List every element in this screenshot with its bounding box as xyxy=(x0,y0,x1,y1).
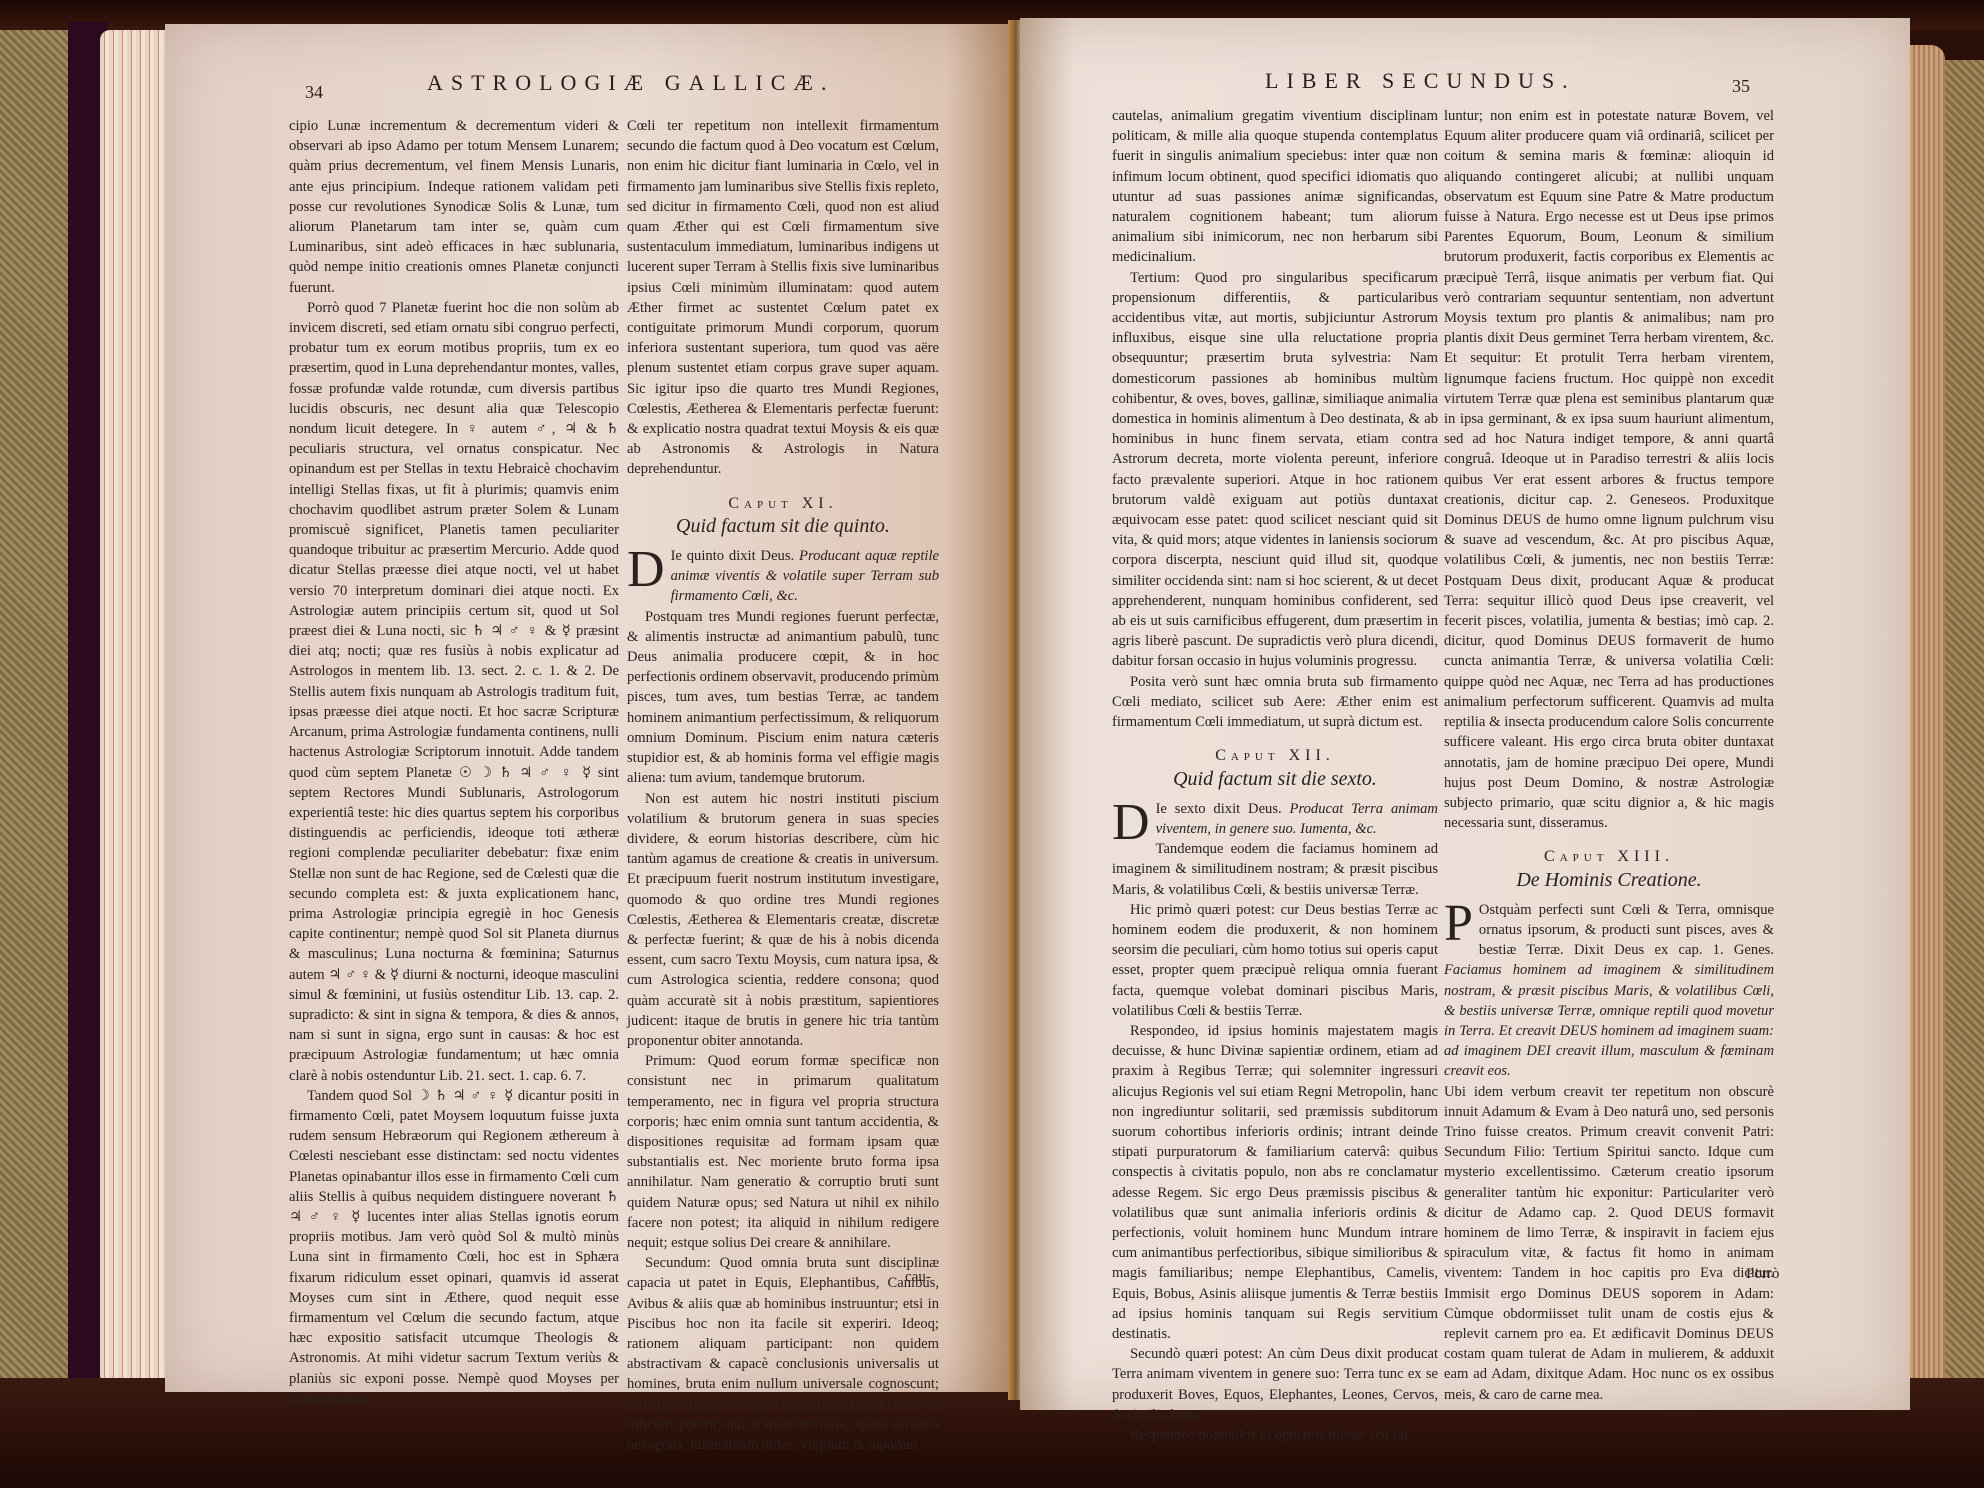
paragraph: Primum: Quod eorum formæ specificæ non c… xyxy=(627,1051,939,1253)
paragraph: Tandem quod Sol ☽ ♄ ♃ ♂ ♀ ☿ dicantur pos… xyxy=(289,1086,619,1409)
paragraph: cipio Lunæ incrementum & decrementum vid… xyxy=(289,116,619,298)
burlap-cloth-left xyxy=(0,30,72,1450)
left-page: 34 ASTROLOGIÆ GALLICÆ. cipio Lunæ increm… xyxy=(165,24,1015,1392)
paragraph: Hic primò quæri potest: cur Deus bestias… xyxy=(1112,900,1438,1021)
chapter-opening: P Ostquàm perfecti sunt Cœli & Terra, om… xyxy=(1444,900,1774,1082)
scripture-quote: Faciamus hominem ad imaginem & similitud… xyxy=(1444,962,1774,1079)
paragraph: Secundum: Quod omnia bruta sunt discipli… xyxy=(627,1253,939,1455)
chapter-label: Caput XII. xyxy=(1112,746,1438,766)
page-number-left: 34 xyxy=(305,82,323,103)
paragraph: Non est autem hic nostri instituti pisci… xyxy=(627,789,939,1052)
paragraph: Postquam tres Mundi regiones fuerunt per… xyxy=(627,607,939,789)
paragraph: Secundò quæri potest: An cùm Deus dixit … xyxy=(1112,1344,1438,1425)
chapter-title: De Hominis Creatione. xyxy=(1444,870,1774,890)
drop-cap: D xyxy=(627,548,665,592)
chapter-opening: D Ie quinto dixit Deus. Producant aquæ r… xyxy=(627,546,939,607)
drop-cap: P xyxy=(1444,902,1473,946)
page-number-right: 35 xyxy=(1732,76,1750,97)
running-head-right: LIBER SECUNDUS. xyxy=(1265,68,1576,94)
right-page-column-1: cautelas, animalium gregatim viventium d… xyxy=(1112,106,1438,1445)
right-page-column-2: luntur; non enim est in potestate naturæ… xyxy=(1444,106,1774,1405)
paragraph: Porrò quod 7 Planetæ fuerint hoc die non… xyxy=(289,298,619,1086)
page-edges-left xyxy=(100,30,170,1385)
left-page-column-1: cipio Lunæ incrementum & decrementum vid… xyxy=(289,116,619,1409)
chapter-label: Caput XIII. xyxy=(1444,847,1774,867)
opening-text: Ie sexto dixit Deus. xyxy=(1156,801,1282,817)
right-page: LIBER SECUNDUS. 35 cautelas, animalium g… xyxy=(1020,18,1910,1410)
paragraph: Ubi idem verbum creavit ter repetitum no… xyxy=(1444,1082,1774,1405)
paragraph: Respondeo, id ipsius hominis majestatem … xyxy=(1112,1021,1438,1344)
running-head-left: ASTROLOGIÆ GALLICÆ. xyxy=(427,70,834,96)
chapter-title: Quid factum sit die sexto. xyxy=(1112,769,1438,789)
chapter-opening: D Ie sexto dixit Deus. Producat Terra an… xyxy=(1112,799,1438,839)
paragraph: Tandemque eodem die faciamus hominem ad … xyxy=(1112,839,1438,900)
opening-text: Ostquàm perfecti sunt Cœli & Terra, omni… xyxy=(1479,902,1774,958)
paragraph: Posita verò sunt hæc omnia bruta sub fir… xyxy=(1112,672,1438,733)
page-edges-right xyxy=(1905,45,1945,1410)
paragraph: luntur; non enim est in potestate naturæ… xyxy=(1444,106,1774,833)
paragraph: Tertium: Quod pro singularibus specifica… xyxy=(1112,268,1438,672)
drop-cap: D xyxy=(1112,801,1150,845)
left-page-column-2: Cœli ter repetitum non intellexit firmam… xyxy=(627,116,939,1455)
chapter-title: Quid factum sit die quinto. xyxy=(627,516,939,536)
chapter-label: Caput XI. xyxy=(627,494,939,514)
paragraph: cautelas, animalium gregatim viventium d… xyxy=(1112,106,1438,268)
opening-text: Ie quinto dixit Deus. xyxy=(671,548,795,564)
catchword-left: cau- xyxy=(905,1269,931,1286)
paragraph: Respondeo nonnullos id opinatos fuisse: … xyxy=(1112,1425,1438,1445)
catchword-right: Porrò xyxy=(1746,1266,1779,1283)
paragraph: Cœli ter repetitum non intellexit firmam… xyxy=(627,116,939,480)
